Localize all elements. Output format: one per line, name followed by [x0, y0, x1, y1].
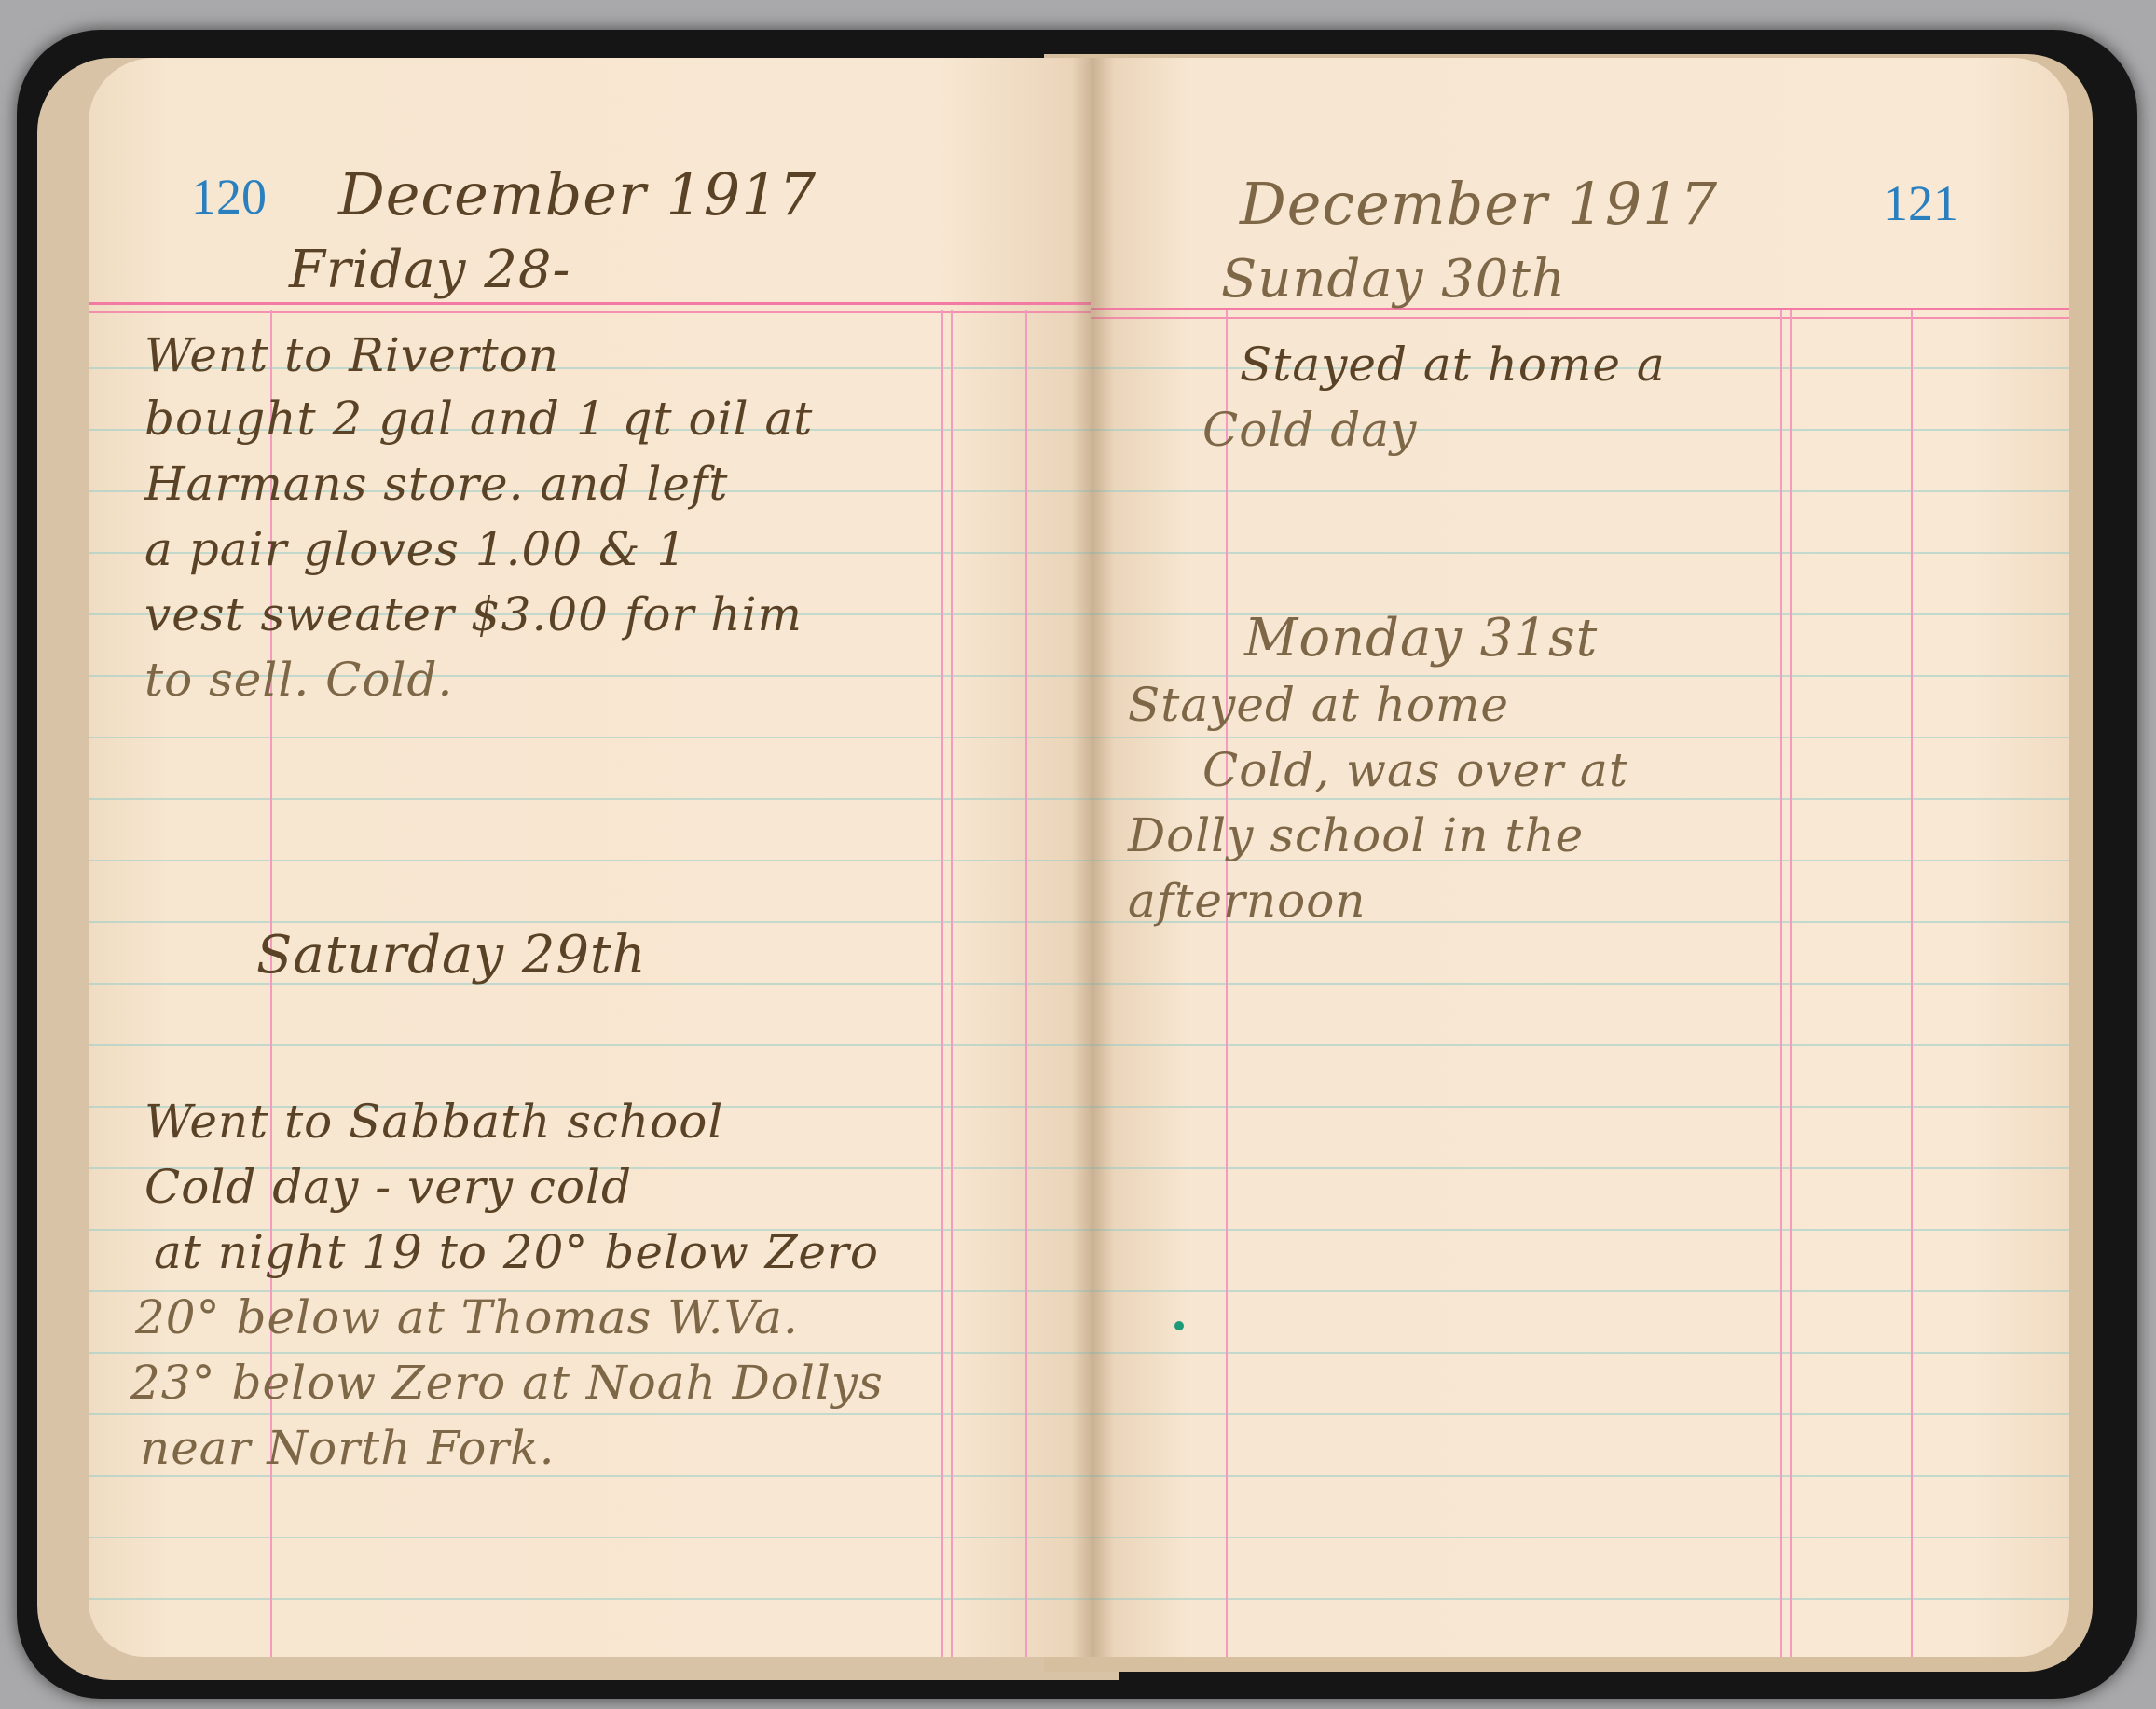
entry-line: Stayed at home [1128, 678, 1509, 732]
margin-rule [1226, 310, 1228, 1657]
left-page: 120 December 1917 Friday 28- Went to Riv… [89, 58, 1091, 1657]
ink-spot [1174, 1321, 1184, 1330]
right-page: December 1917 121 Sunday 30th Stayed at … [1091, 58, 2069, 1657]
entry-line: afternoon [1128, 874, 1366, 928]
month-header: December 1917 [338, 160, 817, 228]
column-rule [1911, 310, 1913, 1657]
column-rule [951, 310, 953, 1657]
entry-line: 20° below at Thomas W.Va. [135, 1290, 799, 1344]
entry-line: Harmans store. and left [144, 457, 729, 511]
entry-line: Dolly school in the [1128, 808, 1584, 862]
day-heading: Friday 28- [289, 240, 570, 300]
entry-line: Stayed at home a [1240, 338, 1666, 392]
day-heading: Monday 31st [1244, 608, 1598, 668]
header-rule [1091, 317, 2069, 319]
entry-line: a pair gloves 1.00 & 1 [144, 522, 687, 576]
header-rule [89, 302, 1091, 305]
entry-line: 23° below Zero at Noah Dollys [130, 1356, 884, 1410]
column-rule [941, 310, 943, 1657]
column-rule [1790, 310, 1792, 1657]
entry-line: Went to Sabbath school [144, 1095, 723, 1149]
entry-line: Cold day [1202, 403, 1417, 457]
entry-line: bought 2 gal and 1 qt oil at [144, 392, 813, 446]
ruled-lines [1091, 308, 2069, 1657]
day-heading: Sunday 30th [1221, 249, 1566, 310]
entry-line: vest sweater $3.00 for him [144, 587, 803, 641]
month-header: December 1917 [1240, 170, 1718, 238]
book-gutter [1072, 58, 1114, 1657]
header-rule [89, 311, 1091, 313]
day-heading: Saturday 29th [256, 925, 647, 985]
entry-line: Cold day - very cold [144, 1160, 632, 1214]
page-number: 120 [191, 168, 267, 226]
page-number: 121 [1883, 174, 1958, 232]
entry-line: Went to Riverton [144, 328, 559, 382]
column-rule [1025, 310, 1027, 1657]
entry-line: at night 19 to 20° below Zero [154, 1225, 879, 1279]
entry-line: Cold, was over at [1202, 743, 1628, 797]
entry-line: to sell. Cold. [144, 653, 453, 707]
entry-line: near North Fork. [140, 1421, 556, 1475]
column-rule [1780, 310, 1782, 1657]
